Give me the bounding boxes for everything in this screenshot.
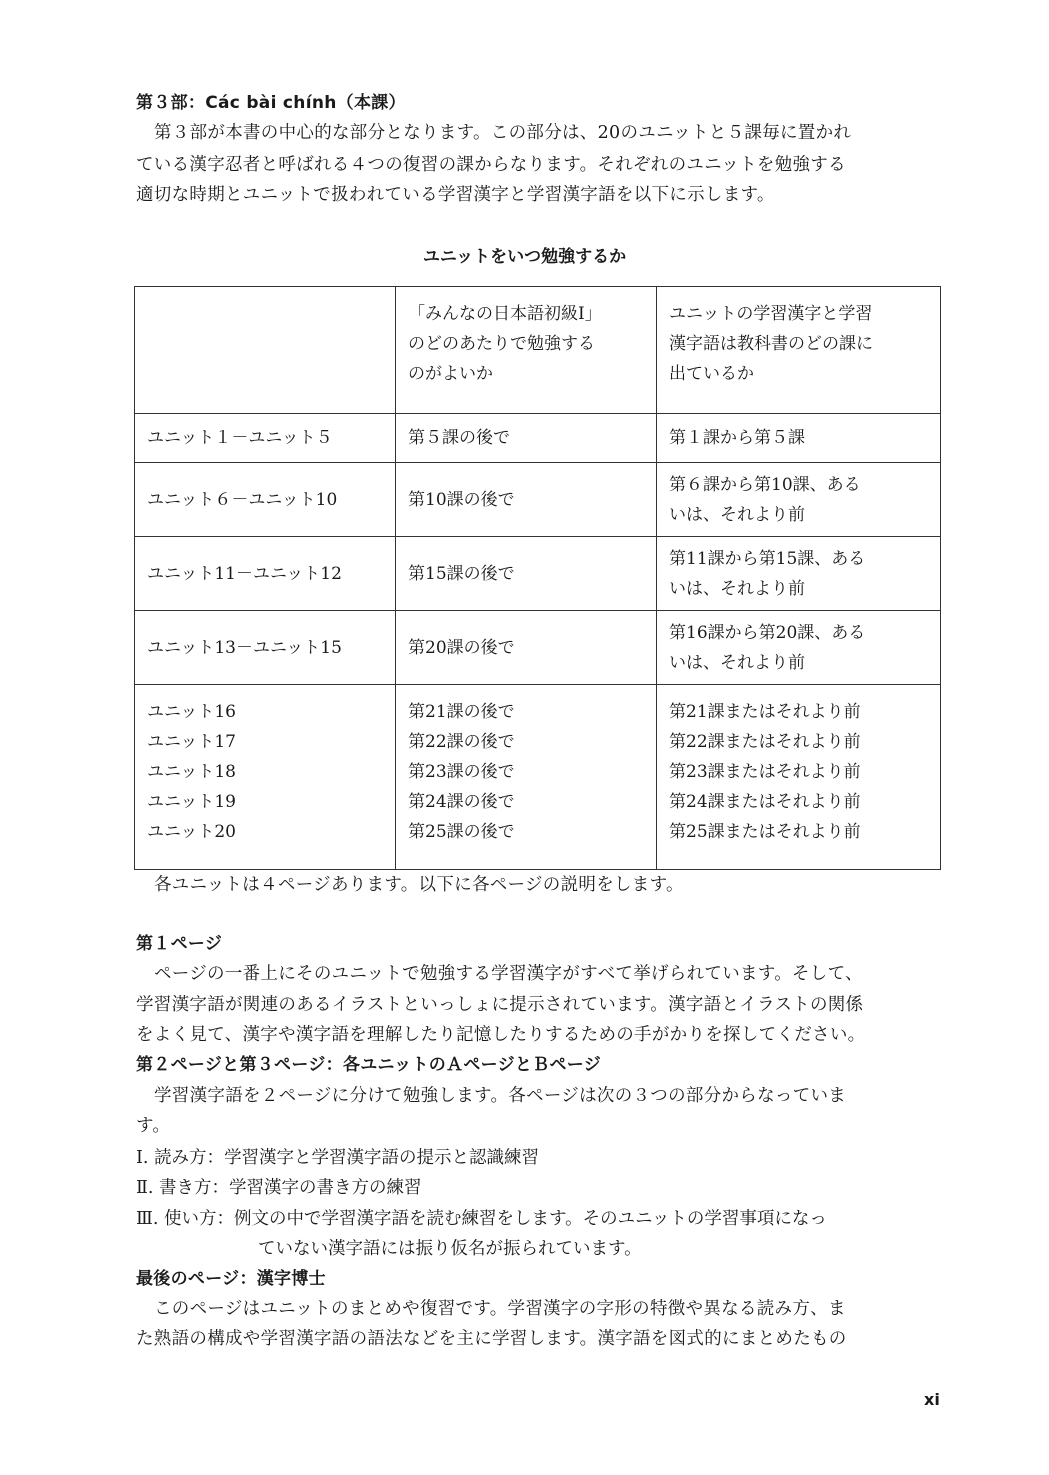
after-table-text: 各ユニットは４ページあります。以下に各ページの説明をします。 [136,870,964,900]
last-page-heading: 最後のページ：漢字博士 [136,1264,946,1294]
header-cell-lessons: ユニットの学習漢字と学習 漢字語は教科書のどの課に 出ているか [657,287,941,414]
lessons-text: いは、それより前 [669,574,928,604]
lessons-cell: 第21課またはそれより前 第22課またはそれより前 第23課またはそれより前 第… [657,685,941,870]
item-label: 書き方： [159,1178,229,1198]
table-row: ユニット６－ユニット10 第10課の後で 第６課から第10課、ある いは、それよ… [135,463,941,537]
header-cell-empty [135,287,396,414]
unit-cell: ユニット13－ユニット15 [135,611,396,685]
list-item-writing: Ⅱ. 書き方：学習漢字の書き方の練習 [136,1173,422,1203]
header-text: 漢字語は教科書のどの課に [669,329,928,359]
lessons-cell: 第11課から第15課、ある いは、それより前 [657,537,941,611]
table-row: ユニット16 ユニット17 ユニット18 ユニット19 ユニット20 第21課の… [135,685,941,870]
lessons-text: 第６課から第10課、ある [669,470,928,500]
page23-heading: 第２ページと第３ページ：各ユニットのＡページとＢページ [136,1050,946,1080]
page1-line-2: 学習漢字語が関連のあるイラストといっしょに提示されています。漢字語とイラストの関… [136,990,946,1020]
item-text: 学習漢字の書き方の練習 [229,1178,422,1198]
table-title: ユニットをいつ勉強するか [0,242,1049,267]
page23-line-2: す。 [136,1111,946,1141]
table-row: ユニット11－ユニット12 第15課の後で 第11課から第15課、ある いは、そ… [135,537,941,611]
page1-line-3: をよく見て、漢字や漢字語を理解したり記憶したりするための手がかりを探してください… [136,1020,946,1050]
when-text: 第24課の後で [408,787,644,817]
lessons-text: 第21課またはそれより前 [669,697,928,727]
item-text: 学習漢字と学習漢字語の提示と認識練習 [224,1148,539,1168]
item-number: Ⅲ. [136,1209,158,1229]
unit-text: ユニット20 [147,817,383,847]
item-number: Ⅰ. [136,1148,148,1168]
unit-text: ユニット19 [147,787,383,817]
table-header-row: 「みんなの日本語初級Ⅰ」 のどのあたりで勉強する のがよいか ユニットの学習漢字… [135,287,941,414]
when-text: 第23課の後で [408,757,644,787]
when-cell: 第15課の後で [396,537,657,611]
when-text: 第21課の後で [408,697,644,727]
page-number: xi [924,1390,940,1409]
lessons-text: 第24課またはそれより前 [669,787,928,817]
table-row: ユニット13－ユニット15 第20課の後で 第16課から第20課、ある いは、そ… [135,611,941,685]
section-heading: 第３部：Các bài chính（本課） [136,88,946,118]
lessons-text: 第16課から第20課、ある [669,618,928,648]
intro-line-3: 適切な時期とユニットで扱われている学習漢字と学習漢字語を以下に示します。 [136,180,946,210]
last-page-line-1: このページはユニットのまとめや復習です。学習漢字の字形の特徴や異なる読み方、ま [136,1294,964,1324]
when-cell: 第21課の後で 第22課の後で 第23課の後で 第24課の後で 第25課の後で [396,685,657,870]
unit-schedule-table: 「みんなの日本語初級Ⅰ」 のどのあたりで勉強する のがよいか ユニットの学習漢字… [134,286,941,870]
item-number: Ⅱ. [136,1178,153,1198]
when-text: 第22課の後で [408,727,644,757]
page1-heading: 第１ページ [136,929,946,959]
unit-cell: ユニット11－ユニット12 [135,537,396,611]
last-page-line-2: た熟語の構成や学習漢字語の語法などを主に学習します。漢字語を図式的にまとめたもの [136,1324,946,1354]
lessons-text: 第25課またはそれより前 [669,817,928,847]
header-text: ユニットの学習漢字と学習 [669,299,928,329]
unit-text: ユニット17 [147,727,383,757]
list-item-usage-continued: ていない漢字語には振り仮名が振られています。 [258,1234,642,1264]
header-cell-when: 「みんなの日本語初級Ⅰ」 のどのあたりで勉強する のがよいか [396,287,657,414]
lessons-text: 第11課から第15課、ある [669,544,928,574]
lessons-text: 第23課またはそれより前 [669,757,928,787]
unit-text: ユニット18 [147,757,383,787]
when-text: 第25課の後で [408,817,644,847]
unit-cell: ユニット16 ユニット17 ユニット18 ユニット19 ユニット20 [135,685,396,870]
intro-line-1: 第３部が本書の中心的な部分となります。この部分は、20のユニットと５課毎に置かれ [136,118,964,148]
item-label: 使い方： [164,1209,234,1229]
when-cell: 第20課の後で [396,611,657,685]
lessons-text: 第22課またはそれより前 [669,727,928,757]
when-cell: 第10課の後で [396,463,657,537]
unit-cell: ユニット１－ユニット５ [135,414,396,463]
list-item-reading: Ⅰ. 読み方：学習漢字と学習漢字語の提示と認識練習 [136,1143,539,1173]
page23-line-1: 学習漢字語を２ページに分けて勉強します。各ページは次の３つの部分からなっていま [136,1081,964,1111]
header-text: のがよいか [408,359,644,389]
lessons-text: いは、それより前 [669,500,928,530]
unit-text: ユニット16 [147,697,383,727]
header-text: 出ているか [669,359,928,389]
intro-line-2: ている漢字忍者と呼ばれる４つの復習の課からなります。それぞれのユニットを勉強する [136,150,946,180]
lessons-cell: 第16課から第20課、ある いは、それより前 [657,611,941,685]
table-row: ユニット１－ユニット５ 第５課の後で 第１課から第５課 [135,414,941,463]
unit-cell: ユニット６－ユニット10 [135,463,396,537]
header-text: 「みんなの日本語初級Ⅰ」 [408,299,644,329]
item-text: 例文の中で学習漢字語を読む練習をします。そのユニットの学習事項になっ [234,1209,827,1229]
when-cell: 第５課の後で [396,414,657,463]
list-item-usage: Ⅲ. 使い方：例文の中で学習漢字語を読む練習をします。そのユニットの学習事項にな… [136,1204,827,1234]
lessons-text: いは、それより前 [669,648,928,678]
header-text: のどのあたりで勉強する [408,329,644,359]
lessons-cell: 第６課から第10課、ある いは、それより前 [657,463,941,537]
page1-line-1: ページの一番上にそのユニットで勉強する学習漢字がすべて挙げられています。そして、 [136,959,964,989]
lessons-cell: 第１課から第５課 [657,414,941,463]
item-label: 読み方： [154,1148,224,1168]
